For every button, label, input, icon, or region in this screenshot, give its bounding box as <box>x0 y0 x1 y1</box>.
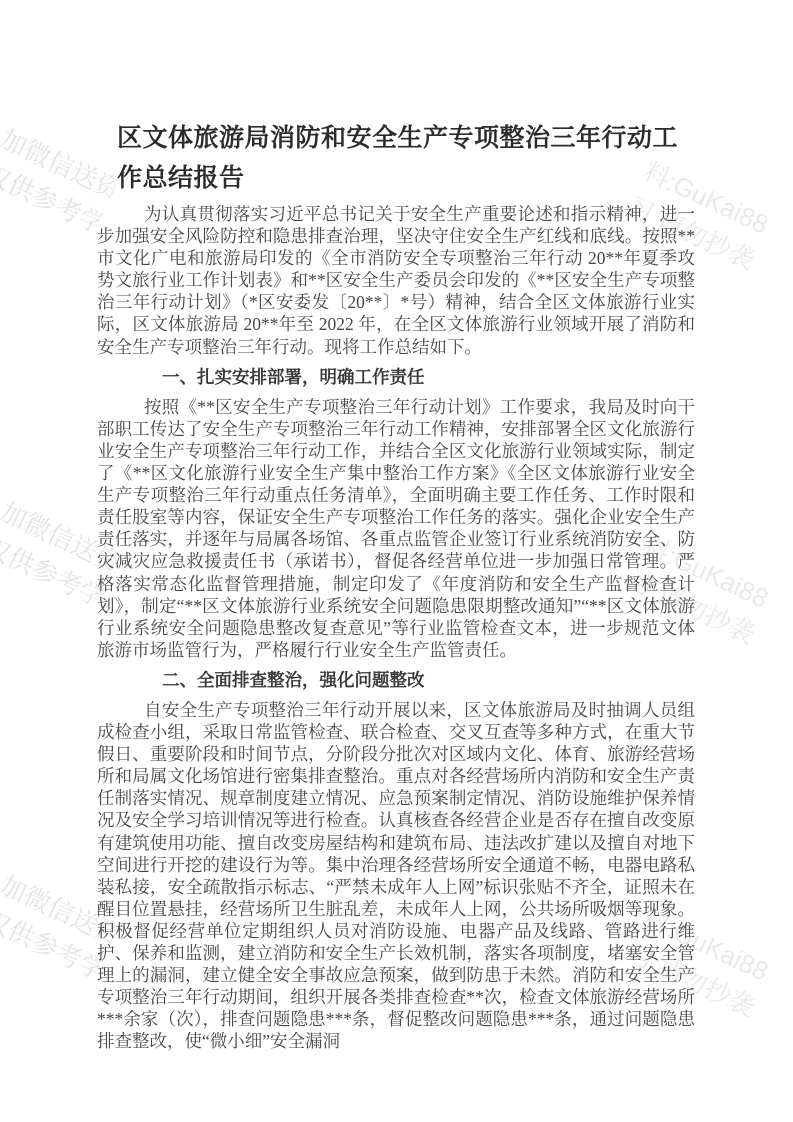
document-content: 区文体旅游局消防和安全生产专项整治三年行动工作总结报告 为认真贯彻落实习近平总书… <box>97 112 695 1052</box>
section-1-heading: 一、扎实安排部署，明确工作责任 <box>97 366 695 388</box>
document-title: 区文体旅游局消防和安全生产专项整治三年行动工作总结报告 <box>97 112 695 198</box>
section-2-paragraph: 自安全生产专项整治三年行动开展以来，区文体旅游局及时抽调人员组成检查小组，采取日… <box>97 699 695 1053</box>
section-1-paragraph: 按照《**区安全生产专项整治三年行动计划》工作要求，我局及时向干部职工传达了安全… <box>97 396 695 661</box>
document-page: 加微信送资 仅供参考学 料:GuKai88 习 请勿抄袭 加微信送资 仅供参考学… <box>0 0 793 1122</box>
section-2-heading: 二、全面排查整治，强化问题整改 <box>97 669 695 691</box>
watermark-text: 仅供参考学 <box>0 154 106 241</box>
watermark-text: 仅供参考学 <box>0 527 106 614</box>
intro-paragraph: 为认真贯彻落实习近平总书记关于安全生产重要论述和指示精神，进一步加强安全风险防控… <box>97 203 695 358</box>
watermark-text: 仅供参考学 <box>0 900 106 987</box>
